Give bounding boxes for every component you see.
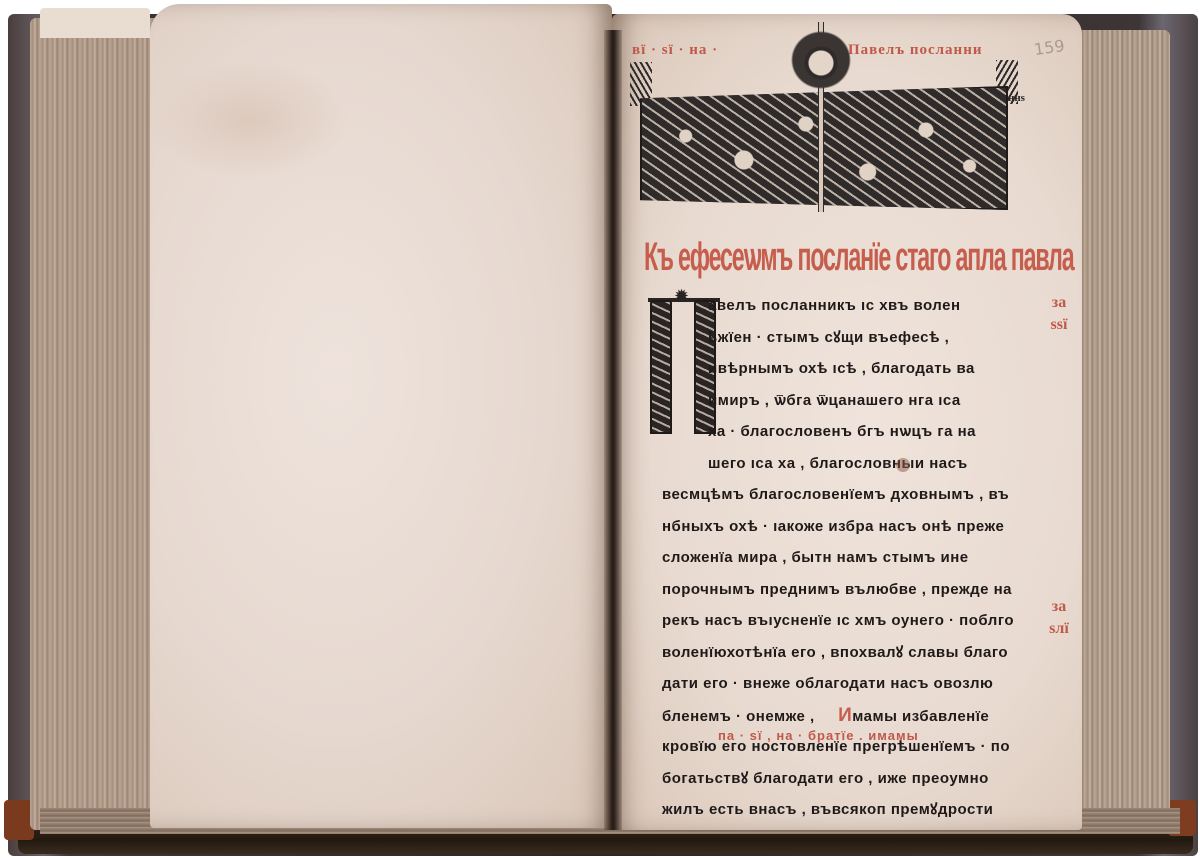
open-book: вї · ѕї · на · Павелъ посланни 159 ннѕ К… bbox=[0, 0, 1200, 860]
chapter-title: Къ ефесеѡмъ посланїе стаго апла павла bbox=[644, 226, 859, 288]
running-head-right: Павелъ посланни bbox=[848, 42, 982, 64]
page-block-left-edge bbox=[30, 18, 160, 830]
text-line: ҍжїен · стымъ сꙋщи въефесѣ , bbox=[662, 322, 1032, 354]
ornamental-headpiece bbox=[640, 86, 1008, 210]
text-line: шего ıса ха , благословныи насъ bbox=[662, 448, 1032, 480]
text-line: имиръ , ѿбга ѿцанашего нга ıса bbox=[662, 385, 1032, 417]
margin-note: за ѕѕї bbox=[1044, 292, 1074, 336]
running-head-left: вї · ѕї · на · bbox=[632, 42, 718, 64]
text-line: воленїюхотѣнїа его , впохвалꙋ славы благ… bbox=[662, 637, 1032, 669]
water-stain bbox=[150, 60, 350, 180]
text-line: ха · благословенъ бгъ нѡцъ га на bbox=[662, 416, 1032, 448]
red-initial: И bbox=[838, 705, 852, 726]
text-line: богатьствꙋ благодати его , иже преоумно bbox=[662, 763, 1032, 795]
text-line: жилъ есть внасъ , въвсякоп премꙋдрости bbox=[662, 794, 1032, 826]
text-line: рекъ насъ въıусненїе ıс хмъ оунего · поб… bbox=[662, 605, 1032, 637]
text-segment: мамы избавленїе bbox=[852, 708, 989, 725]
margin-note: за ѕлї bbox=[1044, 596, 1074, 640]
ink-spot bbox=[896, 458, 910, 472]
body-text: авелъ посланникъ ıс хвъ волен ҍжїен · ст… bbox=[662, 290, 1032, 826]
text-line: дати его · внеже облагодати насъ овозлю bbox=[662, 668, 1032, 700]
text-line: порочнымъ преднимъ вълюбве , преждe на bbox=[662, 574, 1032, 606]
book-gutter bbox=[604, 30, 622, 830]
text-line: авелъ посланникъ ıс хвъ волен bbox=[662, 290, 1032, 322]
text-line-with-red-initial: бленемъ · онемже , Имамы избавленїе bbox=[662, 700, 1032, 732]
text-line: ивѣрнымъ охѣ ıсѣ , благодать ва bbox=[662, 353, 1032, 385]
text-line: сложенїа мира , бытн намъ стымъ ине bbox=[662, 542, 1032, 574]
catchword-footer: па · ѕї , на · братїе . имамы bbox=[718, 728, 919, 743]
text-segment: бленемъ · онемже , bbox=[662, 708, 815, 725]
page-block-right-edge bbox=[1075, 30, 1170, 828]
text-line: нбныхъ охѣ · ıакоже избра насъ онѣ преже bbox=[662, 511, 1032, 543]
headpiece-signature: ннѕ bbox=[1008, 92, 1025, 104]
protruding-leaf bbox=[40, 8, 150, 38]
headpiece-flower-icon bbox=[790, 30, 852, 90]
text-line: весмцѣмъ благословенїемъ дховнымъ , въ bbox=[662, 479, 1032, 511]
